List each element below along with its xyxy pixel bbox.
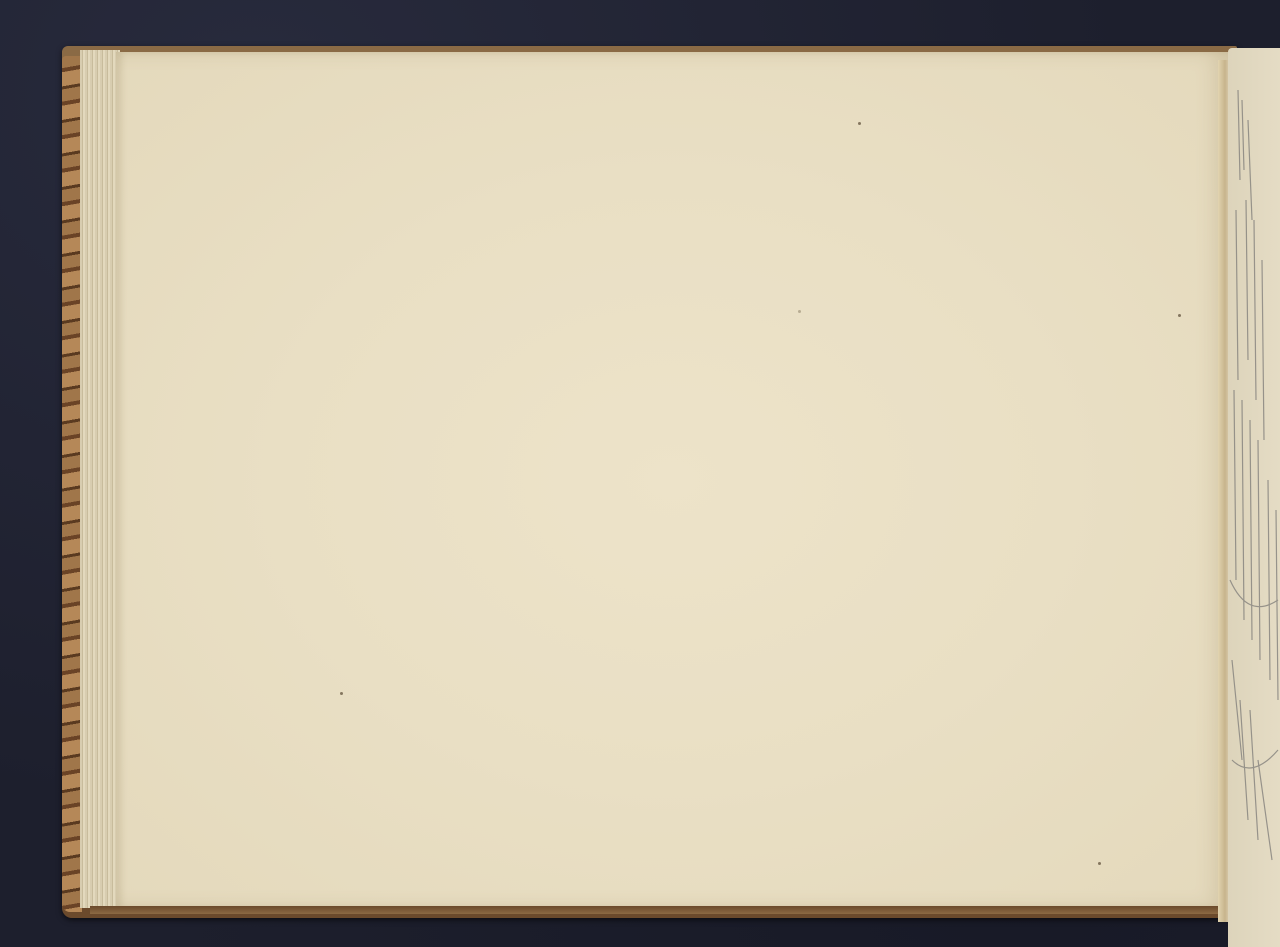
pencil-sketch — [1228, 60, 1280, 900]
speck — [858, 122, 861, 125]
speck — [340, 692, 343, 695]
speck — [1178, 314, 1181, 317]
speck — [798, 310, 801, 313]
marbled-edge — [62, 56, 82, 912]
blank-left-page — [116, 52, 1228, 908]
page-stack — [80, 50, 120, 908]
speck — [1098, 862, 1101, 865]
bottom-board-edge — [90, 906, 1225, 914]
